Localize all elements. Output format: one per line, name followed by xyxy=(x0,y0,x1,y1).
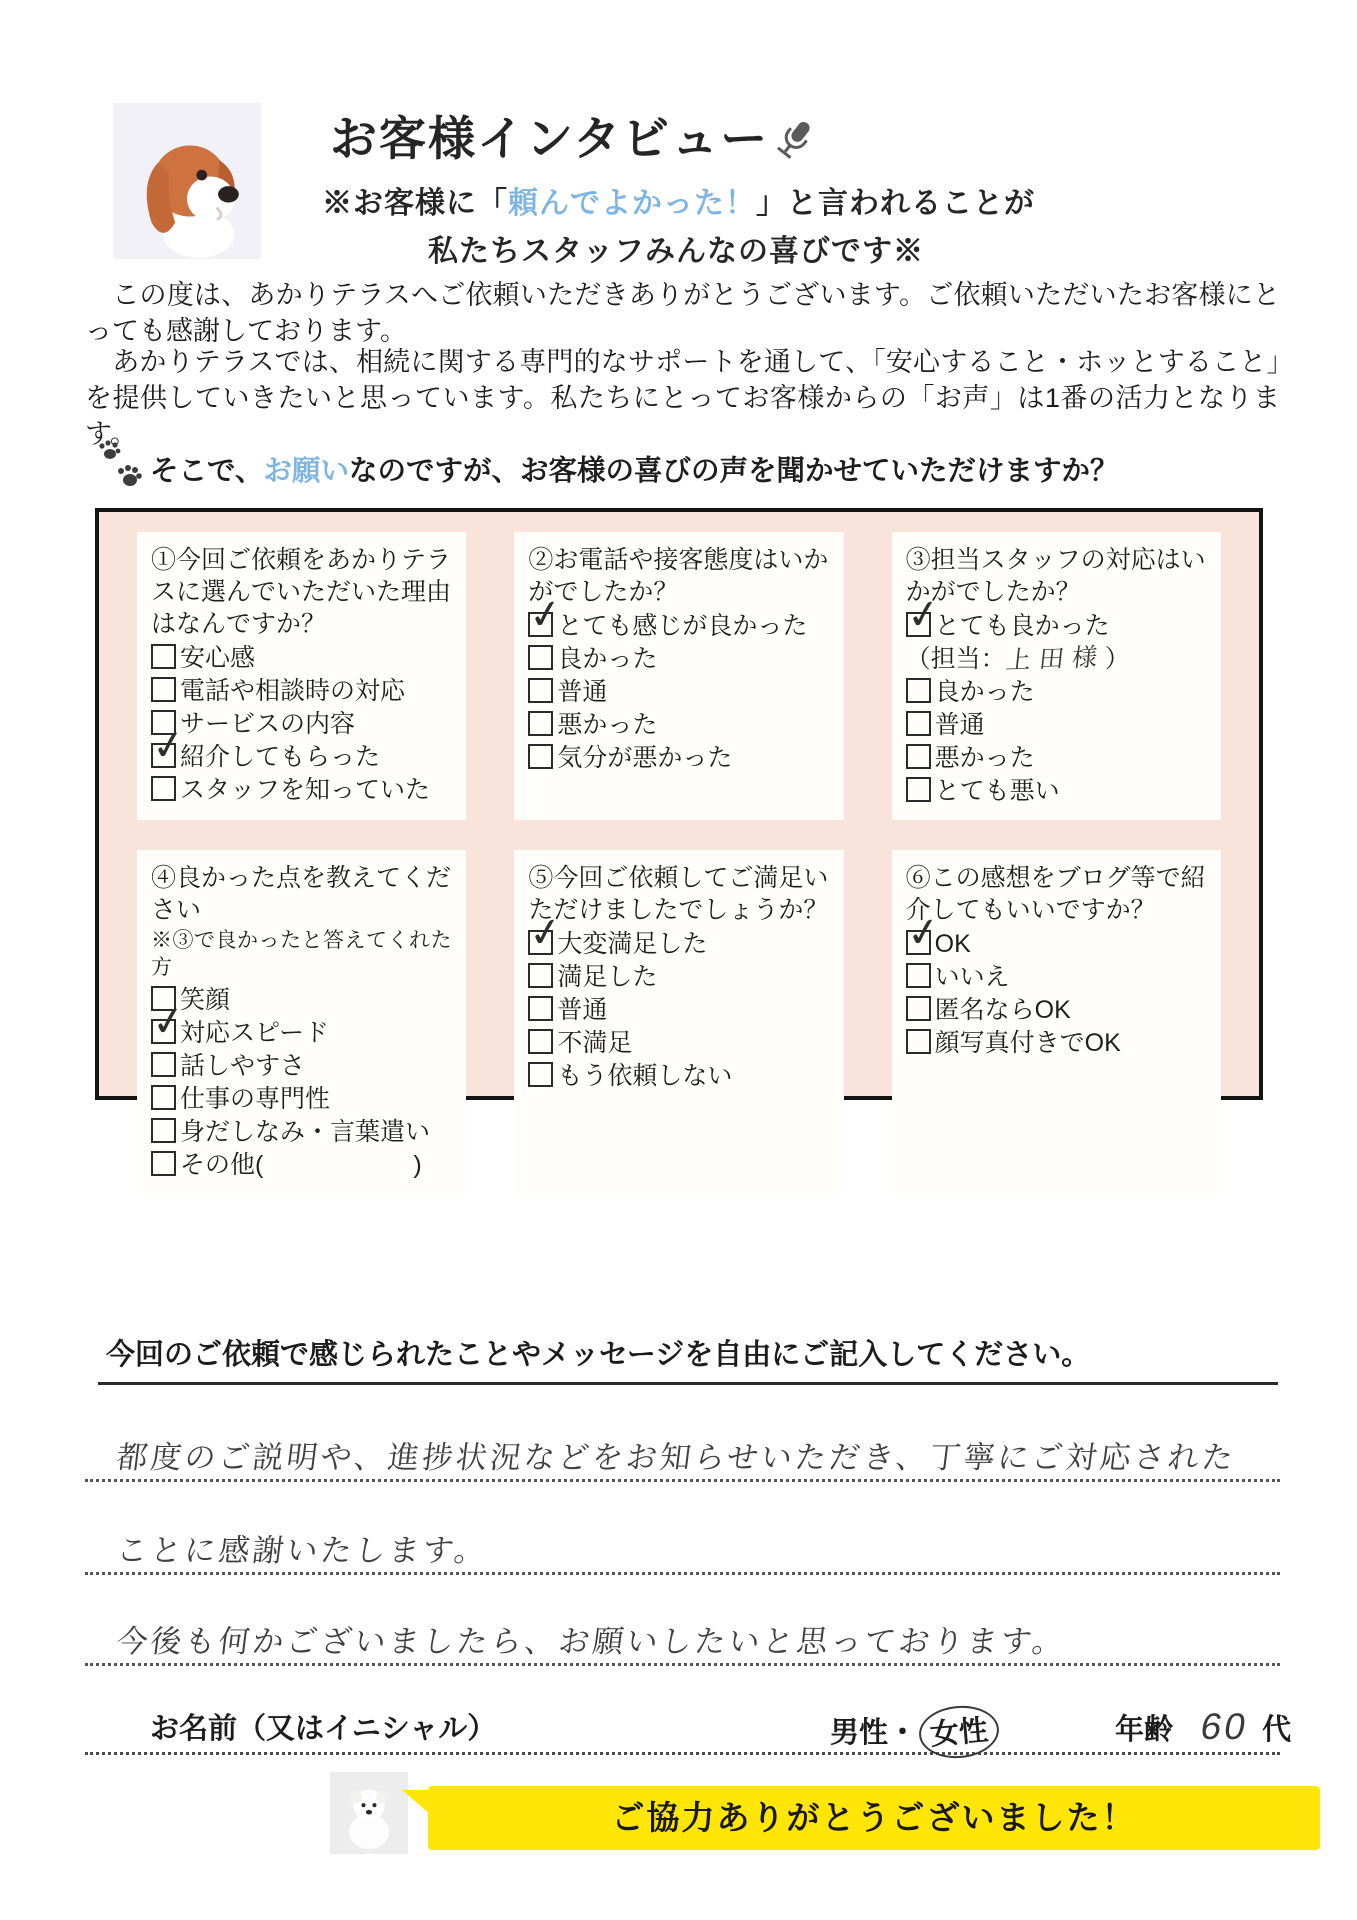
white-dog-illustration xyxy=(330,1772,408,1854)
q3-option-4[interactable]: 悪かった xyxy=(906,742,1207,774)
gender-field[interactable]: 男性・女性 xyxy=(830,1706,999,1758)
q4-option-5[interactable]: 身だしなみ・言葉遣い xyxy=(151,1116,452,1148)
ask-highlight: お願い xyxy=(263,455,349,487)
q5-option-1[interactable]: ✓大変満足した xyxy=(528,928,829,960)
checkbox-icon[interactable] xyxy=(528,678,553,703)
checkbox-icon[interactable] xyxy=(906,996,931,1021)
message-heading: 今回のご依頼で感じられたことやメッセージを自由にご記入してください。 xyxy=(98,1332,1278,1385)
option-label: 匿名ならOK xyxy=(935,996,1071,1024)
checkbox-icon[interactable] xyxy=(151,644,176,669)
q5-option-2[interactable]: 満足した xyxy=(528,961,829,993)
handwritten-text: ことに感謝いたします。 xyxy=(114,1525,491,1570)
gender-female-circled[interactable]: 女性 xyxy=(917,1703,1001,1762)
checkbox-icon[interactable] xyxy=(906,963,931,988)
checkbox-icon[interactable] xyxy=(528,1029,553,1054)
option-label: 普通 xyxy=(557,678,607,706)
speech-bubble-tail xyxy=(402,1790,432,1816)
intro-paragraph-2: あかりテラスでは、相続に関する専門的なサポートを通して、「安心すること・ホッとす… xyxy=(85,345,1280,453)
survey-card-2: ②お電話や接客態度はいかがでしたか？ ✓とても感じが良かった 良かった 普通 悪… xyxy=(514,532,843,820)
ask-suffix: なのですが、お客様の喜びの声を聞かせていただけますか？ xyxy=(349,455,1119,487)
q2-option-2[interactable]: 良かった xyxy=(528,643,829,675)
q6-option-4[interactable]: 顔写真付きでOK xyxy=(906,1027,1207,1059)
age-value-handwritten[interactable]: 60 xyxy=(1197,1706,1252,1748)
handwritten-text: 都度のご説明や、進捗状況などをお知らせいただき、丁寧にご対応された xyxy=(114,1432,1239,1477)
option-label: 大変満足した xyxy=(557,930,707,958)
option-label: OK xyxy=(935,930,971,958)
white-dog-photo xyxy=(330,1772,408,1854)
subtitle-line1: ※お客様に「頼んでよかった！」と言われることが xyxy=(322,178,1035,222)
survey-grid: ①今回ご依頼をあかりテラスに選んでいただいた理由はなんですか？ 安心感 電話や相… xyxy=(95,508,1263,1100)
option-label: 身だしなみ・言葉遣い xyxy=(180,1118,430,1146)
option-label: とても良かった xyxy=(935,612,1110,640)
option-label: 良かった xyxy=(557,645,657,673)
option-label: もう依頼しない xyxy=(557,1062,732,1090)
handwritten-text: 今後も何かございましたら、お願いしたいと思っております。 xyxy=(114,1616,1069,1661)
intro-paragraph-1: この度は、あかりテラスへご依頼いただきありがとうございます。ご依頼いただいたお客… xyxy=(85,278,1280,350)
checkbox-icon[interactable] xyxy=(151,1151,176,1176)
checkbox-icon[interactable] xyxy=(528,1062,553,1087)
thanks-text: ご協力ありがとうございました！ xyxy=(428,1786,1320,1850)
q3-option-2[interactable]: 良かった xyxy=(906,676,1207,708)
q3-option-5[interactable]: とても悪い xyxy=(906,775,1207,807)
checkbox-icon[interactable] xyxy=(906,1029,931,1054)
message-line-3[interactable]: 今後も何かございましたら、お願いしたいと思っております。 xyxy=(85,1616,1280,1666)
option-label: とても感じが良かった xyxy=(557,612,807,640)
option-label: 対応スピード xyxy=(180,1019,329,1047)
option-label: 仕事の専門性 xyxy=(180,1085,330,1113)
checkbox-icon[interactable]: ✓ xyxy=(528,612,553,637)
option-label: スタッフを知っていた xyxy=(180,776,430,804)
q4-option-3[interactable]: 話しやすさ xyxy=(151,1050,452,1082)
option-label: サービスの内容 xyxy=(180,710,355,738)
staff-label-close: ） xyxy=(1105,645,1130,673)
q5-option-4[interactable]: 不満足 xyxy=(528,1027,829,1059)
q1-option-3[interactable]: サービスの内容 xyxy=(151,708,452,740)
option-label: 気分が悪かった xyxy=(557,744,732,772)
ask-prefix: そこで、 xyxy=(150,455,263,487)
survey-card-1: ①今回ご依頼をあかりテラスに選んでいただいた理由はなんですか？ 安心感 電話や相… xyxy=(137,532,466,820)
microphone-icon xyxy=(775,117,815,172)
option-label: 安心感 xyxy=(180,644,255,672)
checkbox-icon[interactable] xyxy=(528,645,553,670)
q4-option-2[interactable]: ✓対応スピード xyxy=(151,1017,452,1049)
option-label: 話しやすさ xyxy=(180,1052,305,1080)
q3-option-1[interactable]: ✓とても良かった xyxy=(906,610,1207,642)
checkbox-icon[interactable] xyxy=(151,776,176,801)
q5-option-5[interactable]: もう依頼しない xyxy=(528,1060,829,1092)
subtitle-line2: 私たちスタッフみんなの喜びです※ xyxy=(428,226,924,270)
survey-card-4: ④良かった点を教えてください ※③で良かったと答えてくれた方 笑顔 ✓対応スピー… xyxy=(137,850,466,1194)
subtitle-prefix: ※お客様に xyxy=(322,187,477,220)
staff-name-handwritten: 上田様 xyxy=(1004,641,1107,676)
age-label: 年齢 xyxy=(1115,1714,1173,1746)
beagle-photo xyxy=(113,103,261,259)
survey-card-3: ③担当スタッフの対応はいかがでしたか？ ✓とても良かった （担当：上田様） 良か… xyxy=(892,532,1221,820)
name-field-label[interactable]: お名前（又はイニシャル） xyxy=(150,1706,496,1747)
checkbox-icon[interactable]: ✓ xyxy=(906,930,931,955)
q2-option-3[interactable]: 普通 xyxy=(528,676,829,708)
subtitle-highlight: 頼んでよかった！ xyxy=(508,187,756,220)
checkbox-icon[interactable]: ✓ xyxy=(528,930,553,955)
checkbox-icon[interactable] xyxy=(151,1085,176,1110)
option-label: 電話や相談時の対応 xyxy=(180,677,405,705)
subtitle-suffix: と言われることが xyxy=(787,187,1035,220)
question-4-note: ※③で良かったと答えてくれた方 xyxy=(151,928,452,982)
option-label: 普通 xyxy=(935,711,985,739)
option-label: 満足した xyxy=(557,963,657,991)
option-label: とても悪い xyxy=(935,777,1060,805)
checkbox-icon[interactable] xyxy=(151,1052,176,1077)
footer-row: お名前（又はイニシャル） 男性・女性 年齢60代 xyxy=(85,1700,1280,1755)
q1-option-4[interactable]: ✓紹介してもらった xyxy=(151,741,452,773)
q2-option-5[interactable]: 気分が悪かった xyxy=(528,742,829,774)
checkbox-icon[interactable] xyxy=(528,963,553,988)
checkbox-icon[interactable] xyxy=(906,744,931,769)
checkbox-icon[interactable]: ✓ xyxy=(906,612,931,637)
option-label: いいえ xyxy=(935,963,1010,991)
checkbox-icon[interactable] xyxy=(151,677,176,702)
option-label: 笑顔 xyxy=(180,986,230,1014)
page-title: お客様インタビュー xyxy=(330,102,815,172)
q1-option-5[interactable]: スタッフを知っていた xyxy=(151,774,452,806)
message-line-2[interactable]: ことに感謝いたします。 xyxy=(85,1525,1280,1575)
checkbox-icon[interactable] xyxy=(151,1118,176,1143)
checkbox-icon[interactable] xyxy=(906,711,931,736)
question-5-title: ⑤今回ご依頼してご満足いただけましたでしょうか？ xyxy=(528,862,829,926)
option-label: その他( ) xyxy=(180,1151,422,1179)
message-line-1[interactable]: 都度のご説明や、進捗状況などをお知らせいただき、丁寧にご対応された xyxy=(85,1432,1280,1482)
paw-prints-icon xyxy=(96,438,148,499)
q4-option-6[interactable]: その他( ) xyxy=(151,1149,452,1181)
checkbox-icon[interactable]: ✓ xyxy=(151,743,176,768)
q4-option-4[interactable]: 仕事の専門性 xyxy=(151,1083,452,1115)
option-label: 顔写真付きでOK xyxy=(935,1029,1121,1057)
checkbox-icon[interactable] xyxy=(151,710,176,735)
subtitle-quote-open: 「 xyxy=(477,187,508,220)
option-label: 悪かった xyxy=(557,711,657,739)
subtitle-quote-close: 」 xyxy=(756,187,787,220)
option-label: 紹介してもらった xyxy=(180,743,380,771)
option-label: 普通 xyxy=(557,996,607,1024)
question-1-title: ①今回ご依頼をあかりテラスに選んでいただいた理由はなんですか？ xyxy=(151,544,452,640)
survey-card-6: ⑥この感想をブログ等で紹介してもいいですか？ ✓OK いいえ 匿名ならOK 顔写… xyxy=(892,850,1221,1194)
staff-name-line: （担当：上田様） xyxy=(906,643,1207,675)
option-label: 不満足 xyxy=(557,1029,632,1057)
thanks-banner: ご協力ありがとうございました！ xyxy=(428,1786,1320,1850)
option-label: 良かった xyxy=(935,678,1035,706)
question-4-title: ④良かった点を教えてください xyxy=(151,862,452,926)
question-3-title: ③担当スタッフの対応はいかがでしたか？ xyxy=(906,544,1207,608)
age-field[interactable]: 年齢60代 xyxy=(1115,1706,1291,1748)
question-6-title: ⑥この感想をブログ等で紹介してもいいですか？ xyxy=(906,862,1207,926)
beagle-illustration xyxy=(113,103,261,259)
checkbox-icon[interactable] xyxy=(906,777,931,802)
page-title-text: お客様インタビュー xyxy=(330,112,769,165)
checkbox-icon[interactable] xyxy=(906,678,931,703)
checkbox-icon[interactable] xyxy=(528,744,553,769)
gender-separator: ・ xyxy=(888,1717,917,1749)
option-label: 悪かった xyxy=(935,744,1035,772)
q6-option-3[interactable]: 匿名ならOK xyxy=(906,994,1207,1026)
q6-option-1[interactable]: ✓OK xyxy=(906,928,1207,960)
checkbox-icon[interactable] xyxy=(528,996,553,1021)
staff-label-open: （担当： xyxy=(906,645,1006,673)
q1-option-2[interactable]: 電話や相談時の対応 xyxy=(151,675,452,707)
request-line: そこで、お願いなのですが、お客様の喜びの声を聞かせていただけますか？ xyxy=(150,448,1118,489)
q5-option-3[interactable]: 普通 xyxy=(528,994,829,1026)
checkbox-icon[interactable] xyxy=(528,711,553,736)
checkbox-icon[interactable] xyxy=(151,986,176,1011)
age-suffix: 代 xyxy=(1262,1714,1291,1746)
q3-option-3[interactable]: 普通 xyxy=(906,709,1207,741)
q6-option-2[interactable]: いいえ xyxy=(906,961,1207,993)
q1-option-1[interactable]: 安心感 xyxy=(151,642,452,674)
survey-card-5: ⑤今回ご依頼してご満足いただけましたでしょうか？ ✓大変満足した 満足した 普通… xyxy=(514,850,843,1194)
interview-sheet: お客様インタビュー ※お客様に「頼んでよかった！」と言われることが 私たちスタッ… xyxy=(0,0,1357,1920)
q2-option-4[interactable]: 悪かった xyxy=(528,709,829,741)
q2-option-1[interactable]: ✓とても感じが良かった xyxy=(528,610,829,642)
checkbox-icon[interactable]: ✓ xyxy=(151,1019,176,1044)
gender-male-label[interactable]: 男性 xyxy=(830,1717,888,1749)
question-2-title: ②お電話や接客態度はいかがでしたか？ xyxy=(528,544,829,608)
q4-option-1[interactable]: 笑顔 xyxy=(151,984,452,1016)
